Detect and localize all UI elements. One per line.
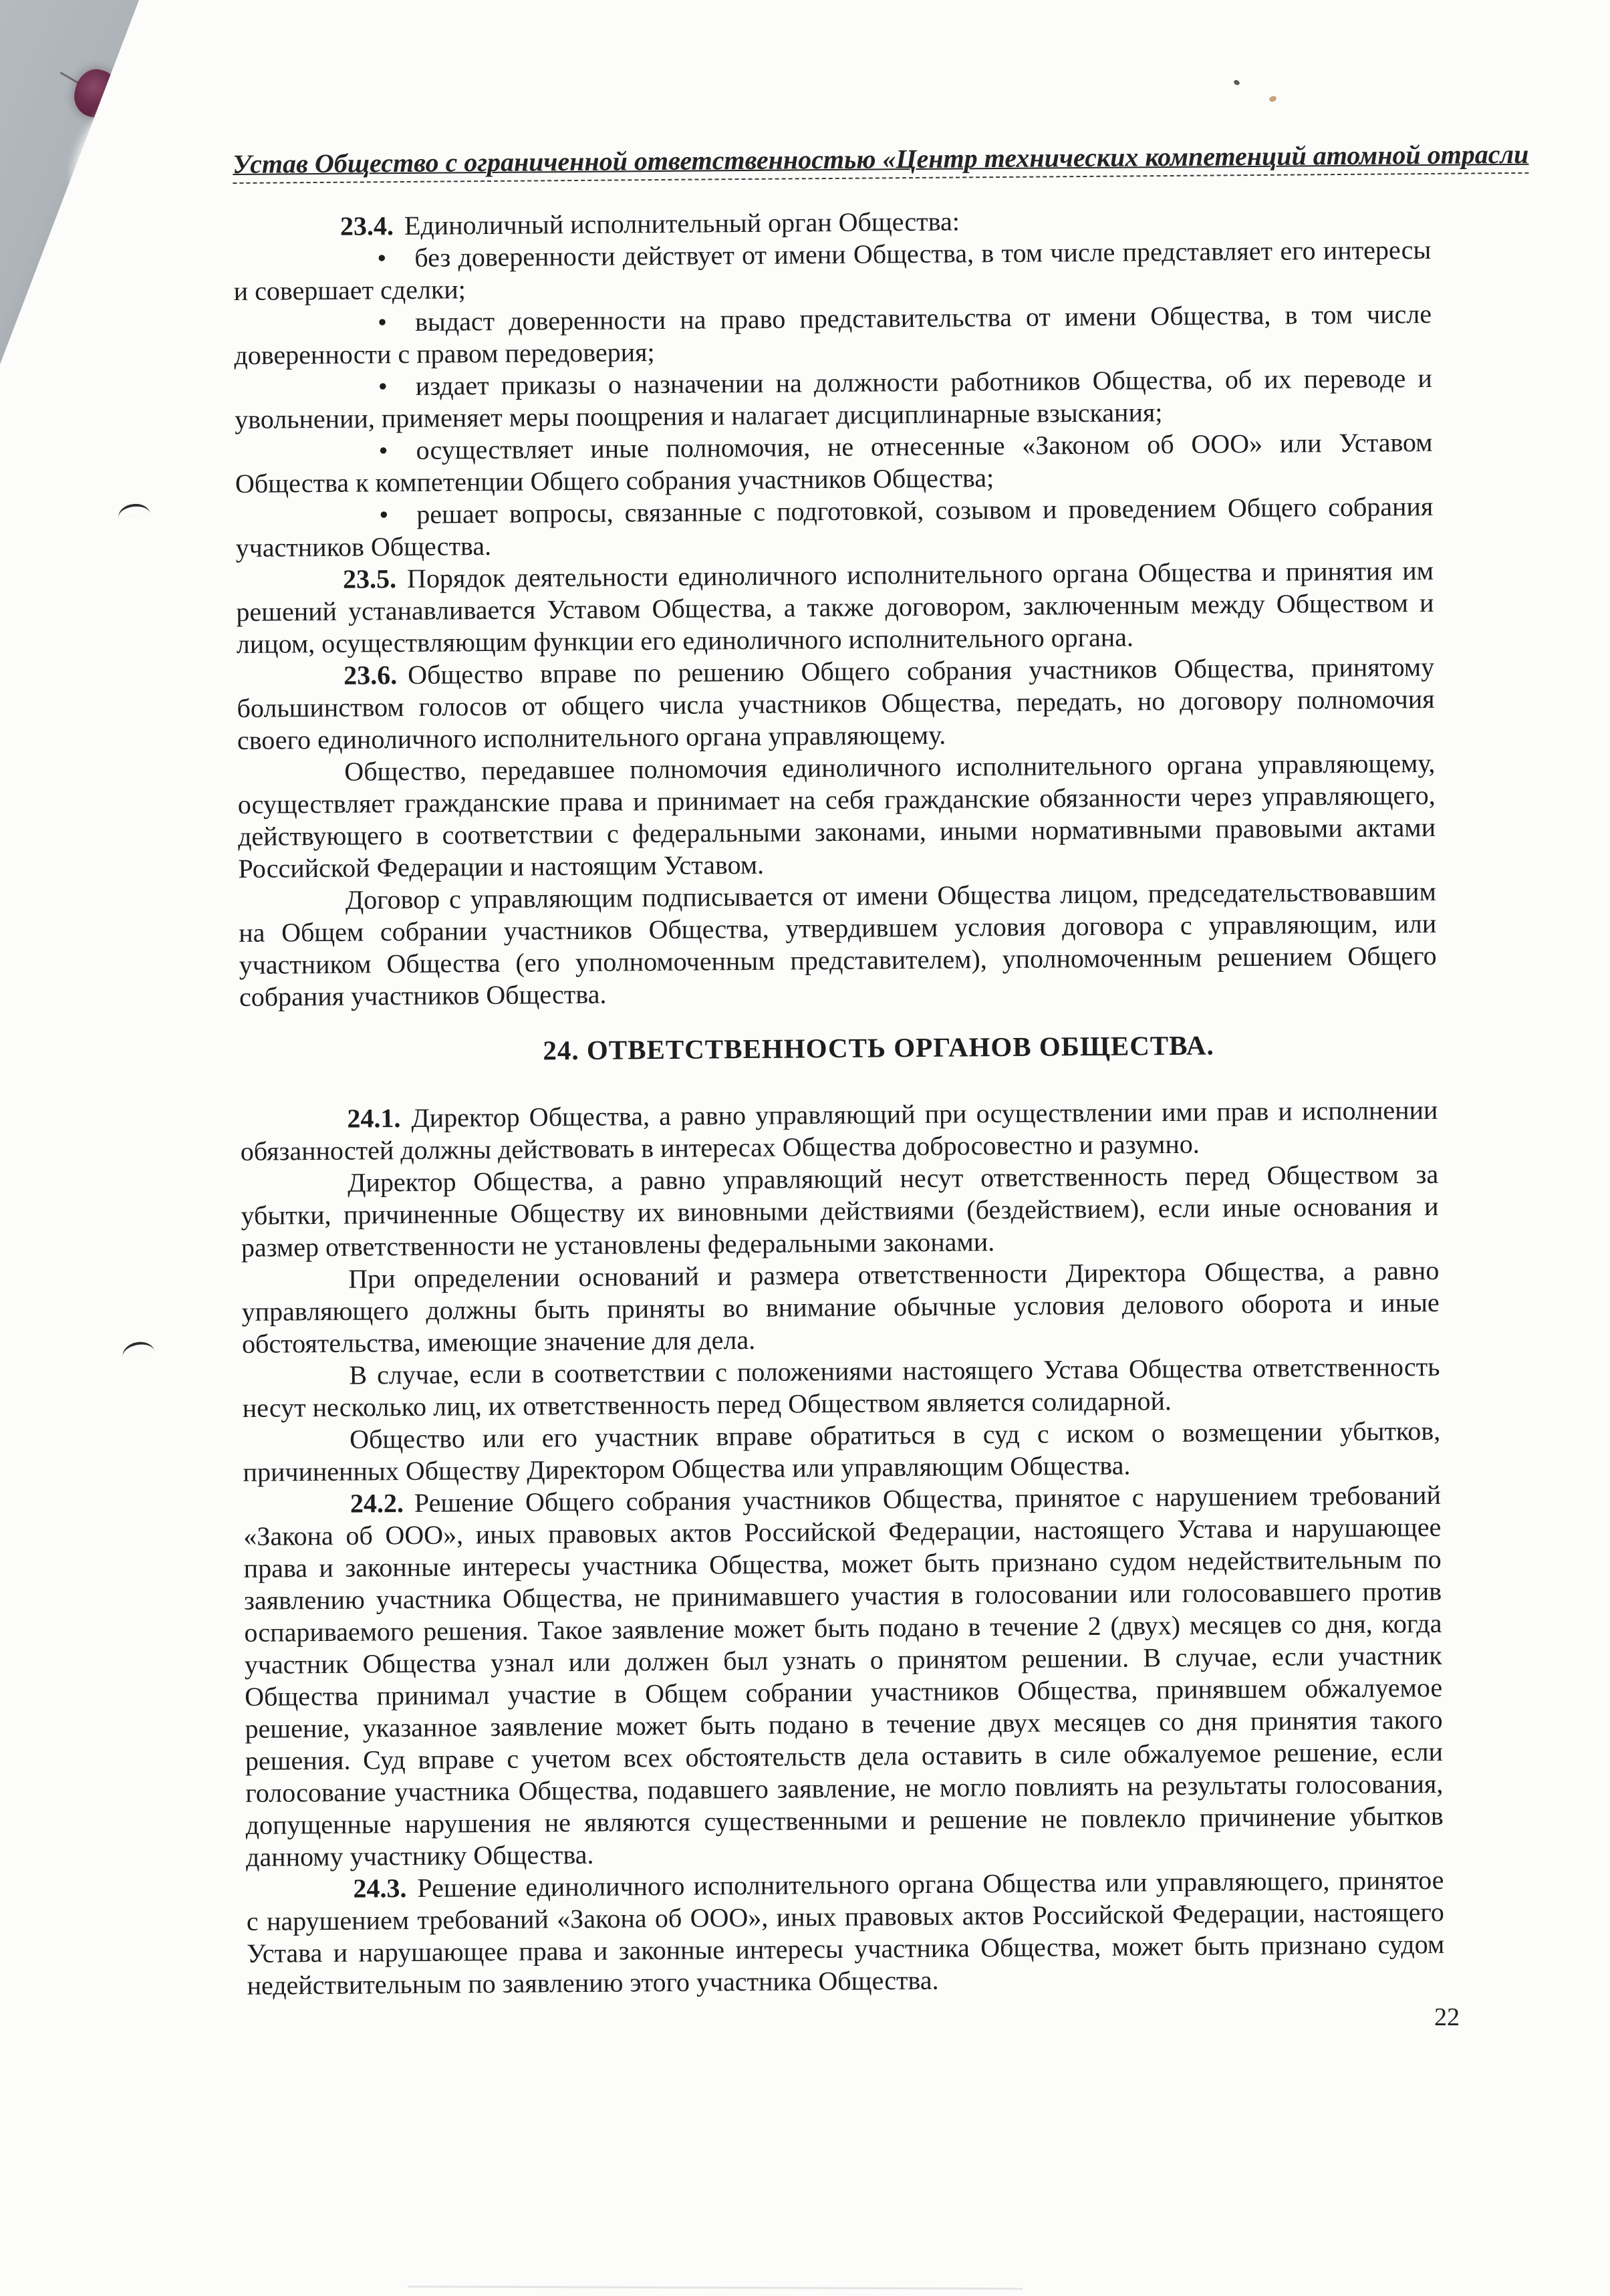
clause-24-1: 24.1.Директор Общества, а равно управляю…	[240, 1094, 1438, 1168]
bullet-text: решает вопросы, связанные с подготовкой,…	[236, 491, 1434, 563]
bullet-icon: •	[378, 435, 388, 465]
clause-number: 24.1.	[347, 1103, 400, 1134]
clause-number: 23.5.	[343, 563, 396, 594]
bullet-text: осуществляет иные полномочия, не отнесен…	[235, 427, 1433, 499]
scan-edge-line	[408, 2285, 1023, 2289]
paragraph-manager-transfer: Общество, передавшее полномочия единолич…	[237, 747, 1436, 885]
bullet-icon: •	[378, 371, 388, 401]
clause-24-2: 24.2.Решение Общего собрания участников …	[243, 1479, 1444, 1874]
paragraph-manager-contract: Договор с управляющим подписывается от и…	[239, 876, 1437, 1013]
paragraph-text: В случае, если в соответствии с положени…	[243, 1352, 1440, 1423]
paragraph-joint-liability: В случае, если в соответствии с положени…	[242, 1351, 1440, 1424]
paragraph-text: Общество, передавшее полномочия единолич…	[238, 748, 1436, 884]
page-corner-fold	[0, 0, 167, 401]
paragraph-text: При определении оснований и размера отве…	[241, 1255, 1439, 1359]
paragraph-text: Директор Общества, а равно управляющий н…	[241, 1159, 1438, 1263]
clause-number: 24.3.	[353, 1873, 406, 1904]
paragraph-liability-grounds: При определении оснований и размера отве…	[241, 1255, 1440, 1360]
clause-23-6: 23.6.Общество вправе по решению Общего с…	[237, 651, 1435, 757]
scanned-page: Устав Общество с ограниченной ответствен…	[0, 0, 1610, 2296]
clause-24-3: 24.3.Решение единоличного исполнительног…	[246, 1864, 1444, 2002]
bullet-item-3: •издает приказы о назначении на должност…	[235, 362, 1433, 436]
page-content: Устав Общество с ограниченной ответствен…	[233, 139, 1445, 2002]
clause-23-5: 23.5.Порядок деятельности единоличного и…	[236, 555, 1434, 660]
binder-grommet	[70, 66, 124, 122]
clause-text: Директор Общества, а равно управляющий п…	[241, 1095, 1438, 1166]
paragraph-court-claim: Общество или его участник вправе обратит…	[243, 1415, 1441, 1489]
scan-speck-dark	[1233, 79, 1240, 86]
bullet-text: выдаст доверенности на право представите…	[234, 299, 1432, 370]
paragraph-text: Договор с управляющим подписывается от и…	[239, 876, 1437, 1012]
bullet-icon: •	[379, 499, 388, 529]
clause-text: Порядок деятельности единоличного исполн…	[236, 555, 1434, 659]
bullet-item-5: •решает вопросы, связанные с подготовкой…	[235, 491, 1434, 564]
bullet-item-4: •осуществляет иные полномочия, не отнесе…	[235, 426, 1433, 500]
bullet-icon: •	[377, 243, 386, 273]
margin-pen-mark-2	[121, 1340, 154, 1357]
clause-text: Решение единоличного исполнительного орг…	[247, 1865, 1445, 2001]
scan-speck-tan	[1268, 95, 1277, 102]
bullet-item-1: •без доверенности действует от имени Общ…	[233, 234, 1432, 307]
document-header: Устав Общество с ограниченной ответствен…	[233, 139, 1430, 180]
clause-number: 23.4.	[340, 211, 394, 241]
clause-number: 23.6.	[344, 660, 397, 690]
section-heading-24: 24. ОТВЕТСТВЕННОСТЬ ОРГАНОВ ОБЩЕСТВА.	[319, 1027, 1437, 1068]
clause-number: 24.2.	[350, 1488, 404, 1519]
bullet-text: издает приказы о назначении на должности…	[235, 363, 1432, 434]
clause-text: Общество вправе по решению Общего собран…	[237, 652, 1434, 755]
bullet-icon: •	[378, 307, 387, 337]
margin-pen-mark-1	[117, 502, 150, 518]
clause-text: Решение Общего собрания участников Общес…	[243, 1480, 1444, 1872]
document-title: Устав Общество с ограниченной ответствен…	[233, 139, 1529, 184]
paragraph-director-liability: Директор Общества, а равно управляющий н…	[241, 1158, 1439, 1264]
bullet-item-2: •выдаст доверенности на право представит…	[234, 298, 1432, 372]
document-body: 23.4.Единоличный исполнительный орган Об…	[233, 202, 1445, 2002]
page-number: 22	[1434, 2003, 1460, 2032]
paragraph-text: Общество или его участник вправе обратит…	[243, 1416, 1440, 1487]
bullet-text: без доверенности действует от имени Обще…	[234, 235, 1432, 306]
clause-text: Единоличный исполнительный орган Обществ…	[404, 206, 960, 241]
